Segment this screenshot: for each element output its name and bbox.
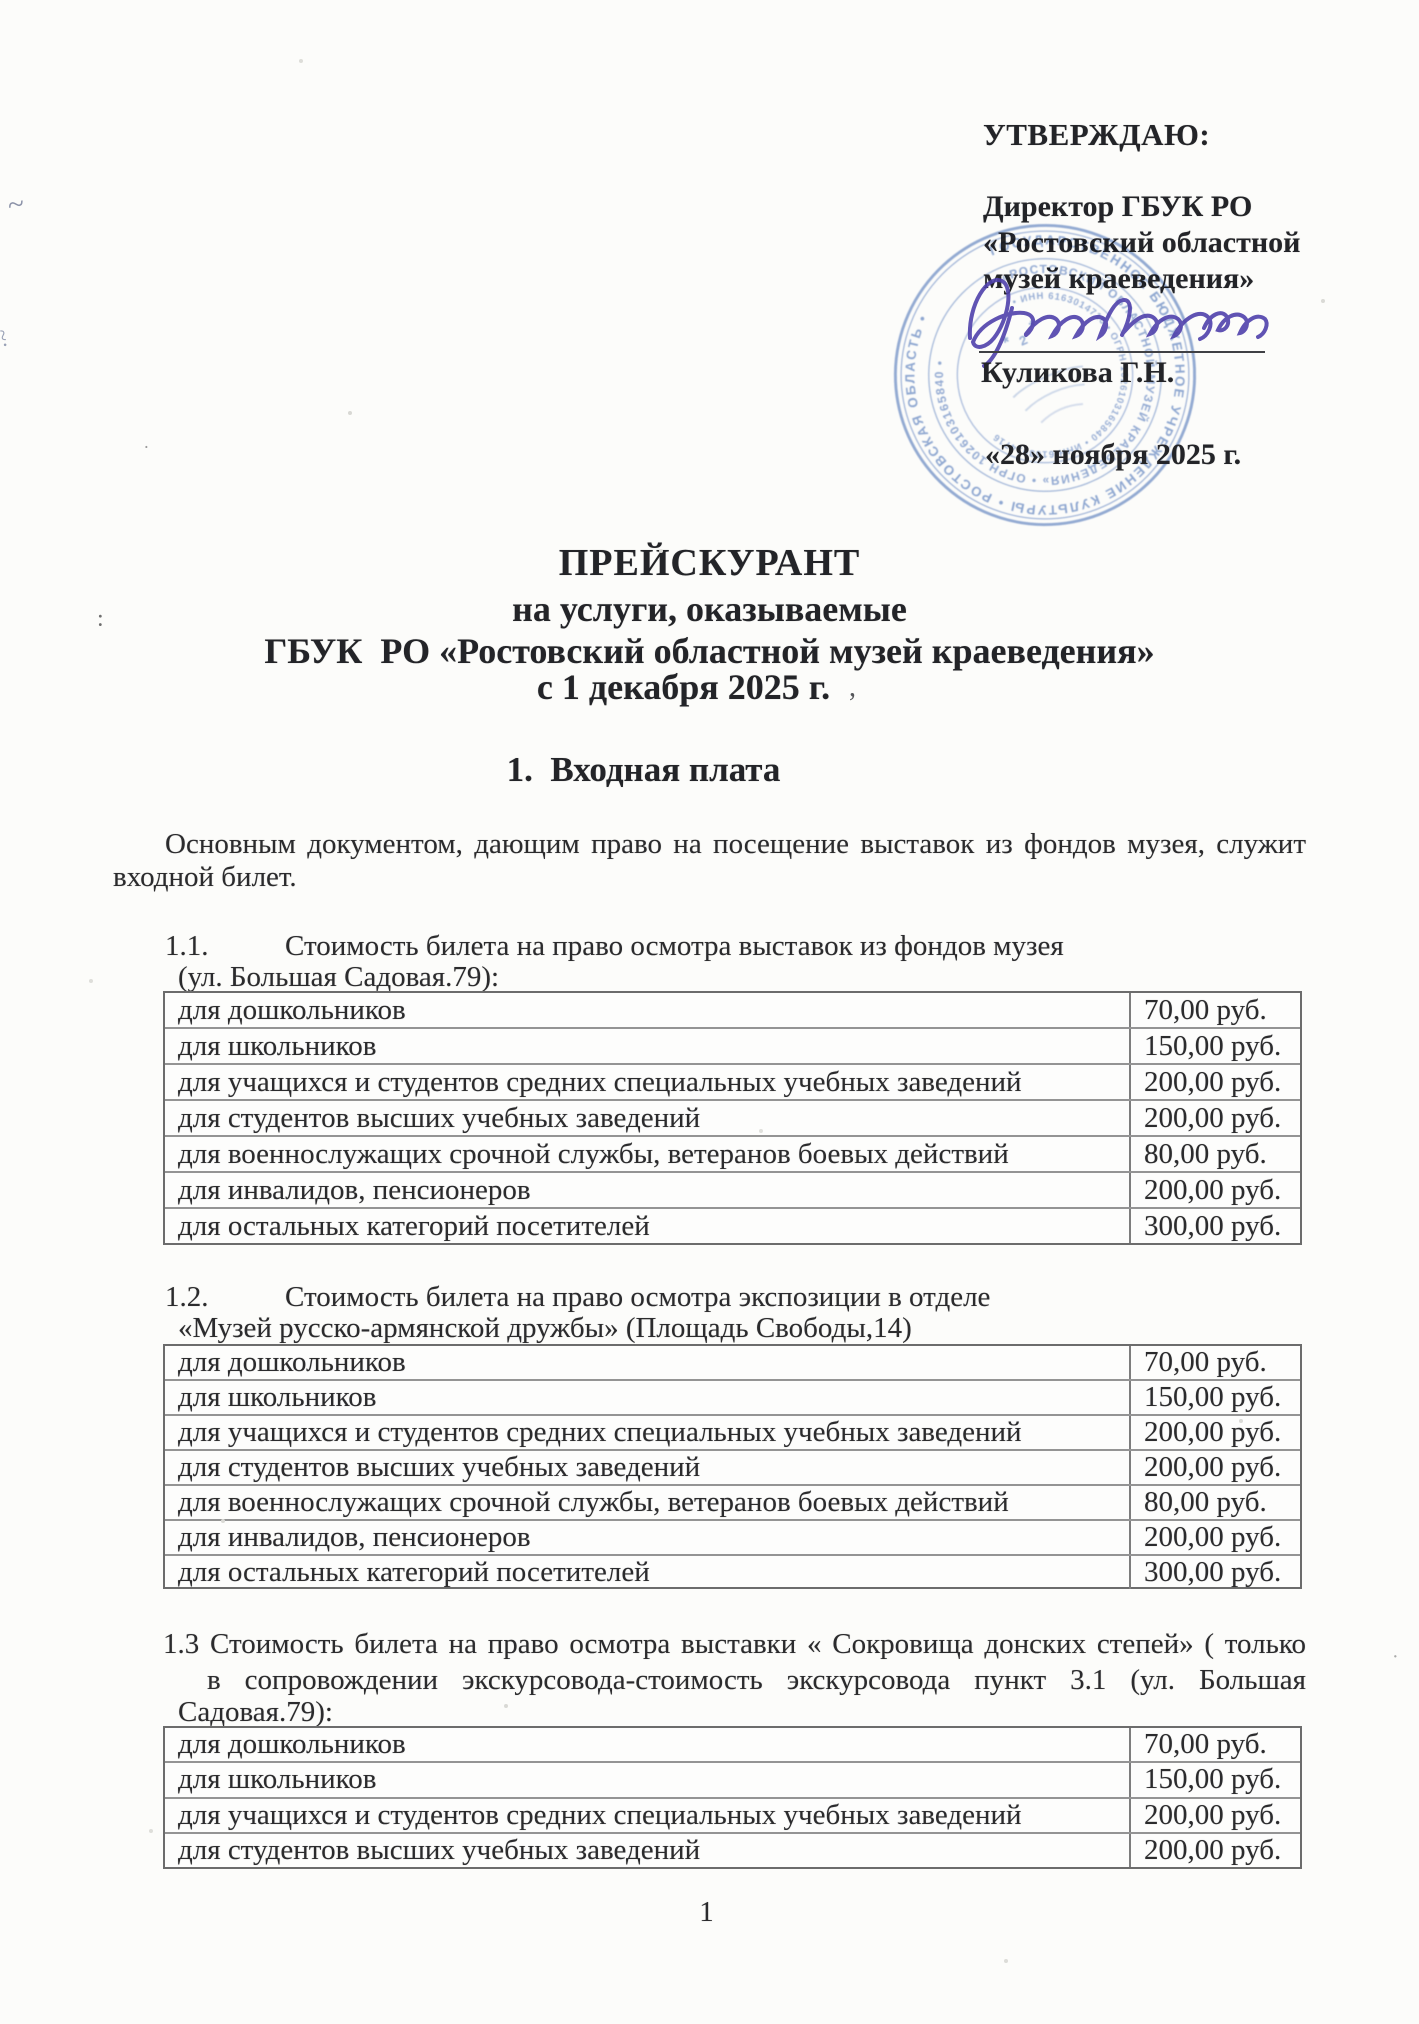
table-row: для дошкольников 70,00 руб. <box>165 993 1300 1027</box>
row-price: 70,00 руб. <box>1131 993 1300 1027</box>
table-row: для дошкольников 70,00 руб. <box>165 1346 1300 1379</box>
scan-artifact <box>0 327 18 351</box>
intro-paragraph-line1: Основным документом, дающим право на пос… <box>113 828 1306 861</box>
row-label: для школьников <box>165 1381 1131 1414</box>
row-label: для остальных категорий посетителей <box>165 1556 1131 1589</box>
scan-artifact <box>5 187 27 223</box>
row-price: 200,00 руб. <box>1131 1834 1300 1867</box>
item-1-2-number: 1.2. <box>165 1281 285 1314</box>
row-label: для школьников <box>165 1763 1131 1796</box>
row-price: 200,00 руб. <box>1131 1799 1300 1832</box>
row-label: для инвалидов, пенсионеров <box>165 1173 1131 1207</box>
row-label: для военнослужащих срочной службы, ветер… <box>165 1137 1131 1171</box>
item-1-2-address: «Музей русско-армянской дружбы» (Площадь… <box>178 1312 912 1345</box>
item-1-2-title: Стоимость билета на право осмотра экспоз… <box>285 1281 990 1313</box>
row-label: для студентов высших учебных заведений <box>165 1834 1131 1867</box>
table-row: для учащихся и студентов средних специал… <box>165 1414 1300 1449</box>
approval-date: «28» ноября 2025 г. <box>985 438 1241 472</box>
row-label: для учащихся и студентов средних специал… <box>165 1416 1131 1449</box>
table-row: для учащихся и студентов средних специал… <box>165 1063 1300 1099</box>
row-label: для инвалидов, пенсионеров <box>165 1521 1131 1554</box>
row-label: для дошкольников <box>165 1346 1131 1379</box>
price-table-1-2: для дошкольников 70,00 руб. для школьник… <box>163 1344 1302 1589</box>
row-price: 150,00 руб. <box>1131 1029 1300 1063</box>
row-label: для дошкольников <box>165 1728 1131 1761</box>
table-row: для остальных категорий посетителей 300,… <box>165 1554 1300 1589</box>
table-row: для учащихся и студентов средних специал… <box>165 1797 1300 1832</box>
table-row: для студентов высших учебных заведений 2… <box>165 1099 1300 1135</box>
row-label: для учащихся и студентов средних специал… <box>165 1065 1131 1099</box>
row-price: 200,00 руб. <box>1131 1173 1300 1207</box>
row-price: 80,00 руб. <box>1131 1137 1300 1171</box>
approval-label: УТВЕРЖДАЮ: <box>983 117 1210 153</box>
item-1-3-heading-line1: 1.3 Стоимость билета на право осмотра вы… <box>163 1628 1306 1661</box>
signatory-name: Куликова Г.Н. <box>981 356 1174 390</box>
item-1-1-heading: 1.1.Стоимость билета на право осмотра вы… <box>165 930 1064 963</box>
row-price: 200,00 руб. <box>1131 1451 1300 1484</box>
row-label: для учащихся и студентов средних специал… <box>165 1799 1131 1832</box>
row-price: 200,00 руб. <box>1131 1065 1300 1099</box>
item-1-1-title: Стоимость билета на право осмотра выстав… <box>285 930 1064 962</box>
scan-artifact <box>1392 1646 1399 1669</box>
item-1-1-number: 1.1. <box>165 930 285 963</box>
item-1-1-address: (ул. Большая Садовая.79): <box>178 961 499 994</box>
row-price: 300,00 руб. <box>1131 1556 1300 1589</box>
scan-speckles <box>0 0 2 2</box>
table-row: для инвалидов, пенсионеров 200,00 руб. <box>165 1519 1300 1554</box>
row-label: для студентов высших учебных заведений <box>165 1451 1131 1484</box>
signature-line <box>979 351 1265 353</box>
item-1-2-heading: 1.2.Стоимость билета на право осмотра эк… <box>165 1281 990 1314</box>
table-row: для военнослужащих срочной службы, ветер… <box>165 1135 1300 1171</box>
item-1-3-heading-line2: в сопровождении экскурсовода-стоимость э… <box>207 1664 1306 1697</box>
scan-artifact <box>143 442 150 465</box>
row-price: 150,00 руб. <box>1131 1763 1300 1796</box>
table-row: для военнослужащих срочной службы, ветер… <box>165 1484 1300 1519</box>
intro-paragraph-line2: входной билет. <box>113 861 297 894</box>
table-row: для остальных категорий посетителей 300,… <box>165 1207 1300 1243</box>
row-price: 80,00 руб. <box>1131 1486 1300 1519</box>
table-row: для студентов высших учебных заведений 2… <box>165 1449 1300 1484</box>
scan-artifact <box>97 606 104 633</box>
table-row: для студентов высших учебных заведений 2… <box>165 1832 1300 1867</box>
row-label: для остальных категорий посетителей <box>165 1209 1131 1243</box>
table-row: для школьников 150,00 руб. <box>165 1027 1300 1063</box>
row-price: 70,00 руб. <box>1131 1346 1300 1379</box>
price-table-1-1: для дошкольников 70,00 руб. для школьник… <box>163 991 1302 1245</box>
document-title: ПРЕЙСКУРАНТ <box>113 541 1306 585</box>
row-price: 150,00 руб. <box>1131 1381 1300 1414</box>
row-label: для школьников <box>165 1029 1131 1063</box>
row-label: для военнослужащих срочной службы, ветер… <box>165 1486 1131 1519</box>
row-price: 70,00 руб. <box>1131 1728 1300 1761</box>
row-price: 200,00 руб. <box>1131 1521 1300 1554</box>
section-1-heading: 1. Входная плата <box>47 750 1240 790</box>
title-effective-date: с 1 декабря 2025 г. <box>87 666 1280 708</box>
row-label: для студентов высших учебных заведений <box>165 1101 1131 1135</box>
item-1-3-heading-line3: Садовая.79): <box>178 1696 333 1729</box>
signature-scribble <box>948 256 1278 372</box>
title-subline-1: на услуги, оказываемые <box>113 588 1306 630</box>
row-price: 200,00 руб. <box>1131 1416 1300 1449</box>
row-price: 300,00 руб. <box>1131 1209 1300 1243</box>
table-row: для дошкольников 70,00 руб. <box>165 1728 1300 1761</box>
table-row: для школьников 150,00 руб. <box>165 1761 1300 1796</box>
page-number: 1 <box>110 1896 1303 1929</box>
scanned-price-list-page: { "page": { "number": "1" }, "approval":… <box>0 0 1419 2024</box>
price-table-1-3: для дошкольников 70,00 руб. для школьник… <box>163 1726 1302 1869</box>
row-price: 200,00 руб. <box>1131 1101 1300 1135</box>
table-row: для школьников 150,00 руб. <box>165 1379 1300 1414</box>
row-label: для дошкольников <box>165 993 1131 1027</box>
table-row: для инвалидов, пенсионеров 200,00 руб. <box>165 1171 1300 1207</box>
